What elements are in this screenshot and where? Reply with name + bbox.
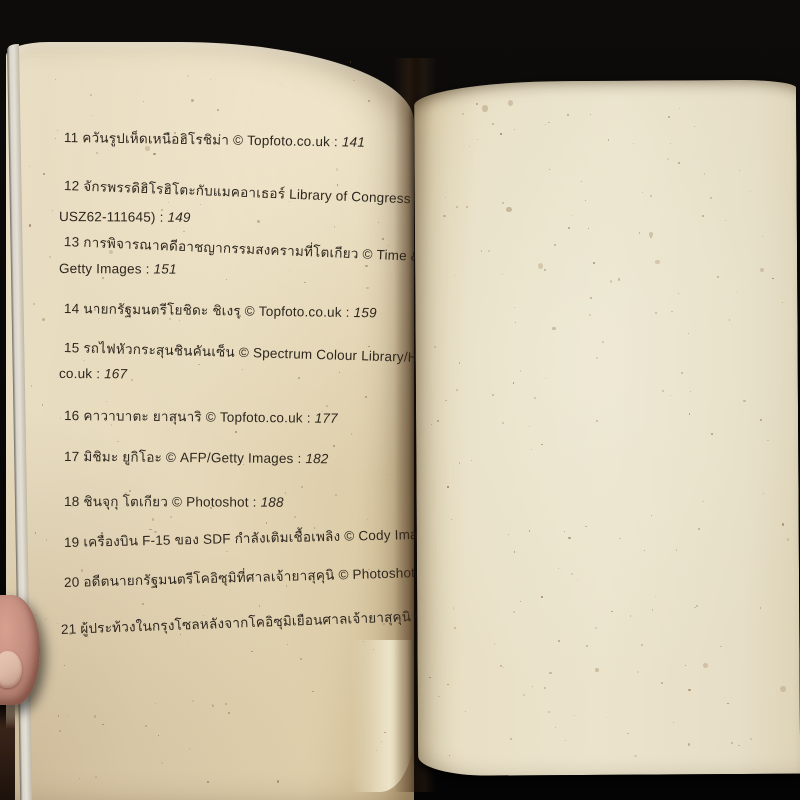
illustration-item-line: 18 ชินจุกุ โตเกียว © Photoshot : 188 (64, 492, 284, 512)
illustration-item-line: 20 อดีตนายกรัฐมนตรีโคอิซุมิที่ศาลเจ้ายาส… (64, 562, 451, 592)
hand-shadow (0, 698, 15, 800)
illustration-item-line: 11 ควันรูปเห็ดเหนือฮิโรชิม่า © Topfoto.c… (64, 128, 365, 152)
illustration-item-line: co.uk : 167 (59, 364, 127, 383)
thumb-nail (0, 651, 22, 688)
book-photo: 11 ควันรูปเห็ดเหนือฮิโรชิม่า © Topfoto.c… (0, 0, 800, 800)
illustration-item-line: 17 มิชิมะ ยูกิโอะ © AFP/Getty Images : 1… (64, 447, 329, 468)
illustration-item-line: 12 จักรพรรดิฮิโรฮิโตะกับแมคอาเธอร์ Libra… (64, 176, 442, 209)
right-page-blank (414, 80, 800, 776)
illustration-item-line: 14 นายกรัฐมนตรีโยชิดะ ชิเงรุ © Topfoto.c… (64, 299, 377, 322)
illustration-item-line: USZ62-111645) : 149 (59, 207, 191, 227)
illustration-item-line: Getty Images : 151 (59, 259, 177, 279)
illustration-item-line: 16 คาวาบาตะ ยาสุนาริ © Topfoto.co.uk : 1… (64, 406, 338, 428)
